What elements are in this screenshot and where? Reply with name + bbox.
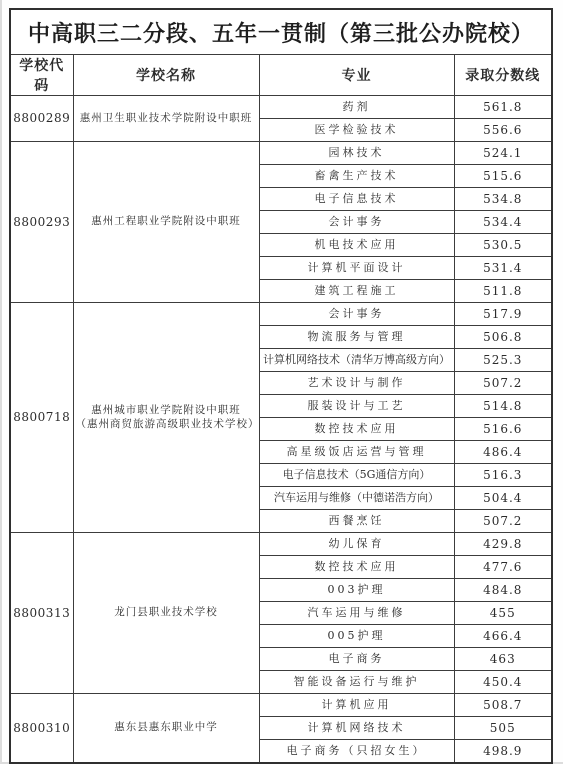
score-cell: 455 [454, 602, 552, 625]
major-cell: 园林技术 [259, 142, 454, 165]
score-cell: 530.5 [454, 234, 552, 257]
major-cell: 汽车运用与维修（中德诺浩方向） [259, 487, 454, 510]
page-title: 中高职三二分段、五年一贯制（第三批公办院校） [10, 9, 552, 55]
column-header-score-line: 录取分数线 [454, 55, 552, 96]
major-cell: 计算机网络技术 [259, 717, 454, 740]
score-cell: 429.8 [454, 533, 552, 556]
major-cell: 机电技术应用 [259, 234, 454, 257]
school-name-line: 龙门县职业技术学校 [76, 606, 257, 619]
major-cell: 幼儿保育 [259, 533, 454, 556]
table-row: 8800293惠州工程职业学院附设中职班园林技术524.1 [10, 142, 552, 165]
header-row: 学校代码 学校名称 专业 录取分数线 [10, 55, 552, 96]
score-cell: 508.7 [454, 694, 552, 717]
major-cell: 畜禽生产技术 [259, 165, 454, 188]
school-name-line: （惠州商贸旅游高级职业技术学校） [76, 418, 257, 431]
score-cell: 514.8 [454, 395, 552, 418]
score-cell: 506.8 [454, 326, 552, 349]
school-name-cell: 惠州工程职业学院附设中职班 [73, 142, 259, 303]
major-cell: 计算机平面设计 [259, 257, 454, 280]
school-name-line: 惠东县惠东职业中学 [76, 721, 257, 734]
school-name-cell: 惠东县惠东职业中学 [73, 694, 259, 764]
school-code-cell: 8800313 [10, 533, 73, 694]
score-cell: 511.8 [454, 280, 552, 303]
score-cell: 484.8 [454, 579, 552, 602]
school-name-cell: 龙门县职业技术学校 [73, 533, 259, 694]
major-cell: 数控技术应用 [259, 556, 454, 579]
score-cell: 463 [454, 648, 552, 671]
score-cell: 517.9 [454, 303, 552, 326]
major-cell: 003护理 [259, 579, 454, 602]
score-cell: 505 [454, 717, 552, 740]
table-row: 8800313龙门县职业技术学校幼儿保育429.8 [10, 533, 552, 556]
column-header-school-name: 学校名称 [73, 55, 259, 96]
major-cell: 汽车运用与维修 [259, 602, 454, 625]
major-cell: 电子信息技术（5G通信方向） [259, 464, 454, 487]
school-name-line: 惠州城市职业学院附设中职班 [76, 404, 257, 417]
table-row: 8800289惠州卫生职业技术学院附设中职班药剂561.8 [10, 96, 552, 119]
major-cell: 物流服务与管理 [259, 326, 454, 349]
school-name-line: 惠州工程职业学院附设中职班 [76, 215, 257, 228]
admission-score-table: 中高职三二分段、五年一贯制（第三批公办院校） 学校代码 学校名称 专业 录取分数… [9, 8, 553, 764]
major-cell: 电子信息技术 [259, 188, 454, 211]
major-cell: 会计事务 [259, 211, 454, 234]
major-cell: 艺术设计与制作 [259, 372, 454, 395]
major-cell: 电子商务 [259, 648, 454, 671]
major-cell: 建筑工程施工 [259, 280, 454, 303]
title-row: 中高职三二分段、五年一贯制（第三批公办院校） [10, 9, 552, 55]
major-cell: 会计事务 [259, 303, 454, 326]
major-cell: 药剂 [259, 96, 454, 119]
major-cell: 高星级饭店运营与管理 [259, 441, 454, 464]
score-cell: 525.3 [454, 349, 552, 372]
score-cell: 556.6 [454, 119, 552, 142]
column-header-school-code: 学校代码 [10, 55, 73, 96]
major-cell: 005护理 [259, 625, 454, 648]
score-cell: 486.4 [454, 441, 552, 464]
score-cell: 477.6 [454, 556, 552, 579]
school-name-cell: 惠州城市职业学院附设中职班（惠州商贸旅游高级职业技术学校） [73, 303, 259, 533]
major-cell: 电子商务（只招女生） [259, 740, 454, 764]
major-cell: 医学检验技术 [259, 119, 454, 142]
school-code-cell: 8800310 [10, 694, 73, 764]
school-name-line: 惠州卫生职业技术学院附设中职班 [76, 112, 257, 125]
column-header-major: 专业 [259, 55, 454, 96]
school-code-cell: 8800293 [10, 142, 73, 303]
major-cell: 智能设备运行与维护 [259, 671, 454, 694]
score-cell: 498.9 [454, 740, 552, 764]
score-cell: 466.4 [454, 625, 552, 648]
school-code-cell: 8800718 [10, 303, 73, 533]
score-cell: 531.4 [454, 257, 552, 280]
score-cell: 507.2 [454, 372, 552, 395]
major-cell: 数控技术应用 [259, 418, 454, 441]
table-row: 8800718惠州城市职业学院附设中职班（惠州商贸旅游高级职业技术学校）会计事务… [10, 303, 552, 326]
score-cell: 504.4 [454, 487, 552, 510]
document-page: 中高职三二分段、五年一贯制（第三批公办院校） 学校代码 学校名称 专业 录取分数… [0, 0, 563, 764]
score-cell: 534.4 [454, 211, 552, 234]
major-cell: 西餐烹饪 [259, 510, 454, 533]
score-cell: 516.6 [454, 418, 552, 441]
major-cell: 计算机网络技术（清华万博高级方向） [259, 349, 454, 372]
score-cell: 515.6 [454, 165, 552, 188]
score-cell: 450.4 [454, 671, 552, 694]
score-cell: 524.1 [454, 142, 552, 165]
score-cell: 507.2 [454, 510, 552, 533]
school-code-cell: 8800289 [10, 96, 73, 142]
table-row: 8800310惠东县惠东职业中学计算机应用508.7 [10, 694, 552, 717]
school-name-cell: 惠州卫生职业技术学院附设中职班 [73, 96, 259, 142]
score-cell: 561.8 [454, 96, 552, 119]
major-cell: 计算机应用 [259, 694, 454, 717]
score-cell: 516.3 [454, 464, 552, 487]
score-cell: 534.8 [454, 188, 552, 211]
major-cell: 服装设计与工艺 [259, 395, 454, 418]
